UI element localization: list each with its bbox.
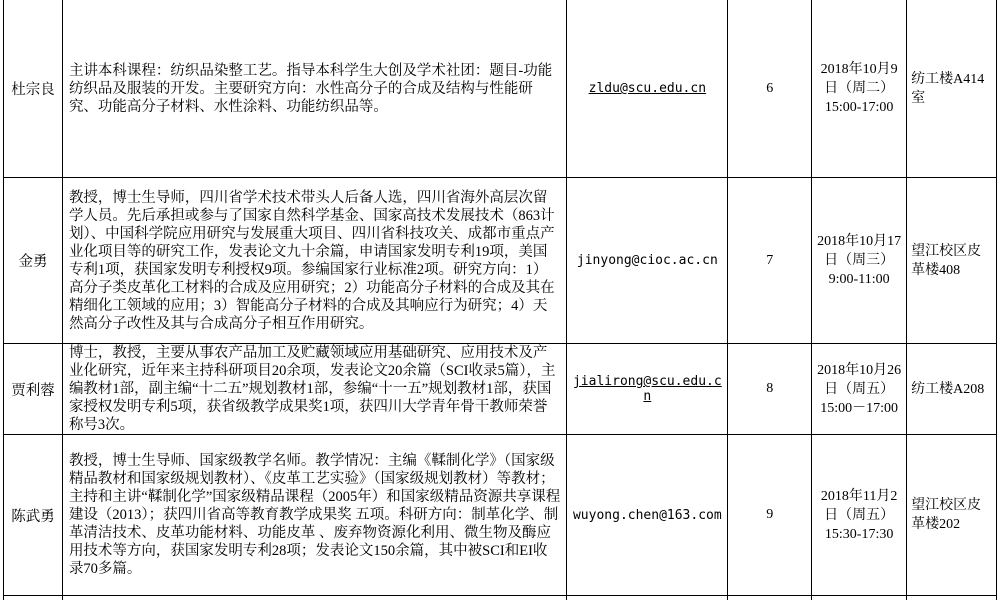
cell-location [907,596,997,600]
table-row-partial [4,596,997,600]
cell-name: 金勇 [4,178,63,343]
cell-location: 纺工楼A414室 [907,0,997,177]
faculty-description: 博士，教授，主要从事农产品加工及贮藏领域应用基础研究、应用技术及产业化研究，近年… [69,344,560,434]
table-row: 金勇 教授，博士生导师，四川省学术技术带头人后备人选，四川省海外高层次留学人员。… [4,178,997,344]
faculty-description: 主讲本科课程：纺织品染整工艺。指导本科学生大创及学术社团：题目-功能纺织品及服装… [69,62,560,116]
cell-name [4,596,63,600]
faculty-name: 贾利蓉 [11,379,55,400]
faculty-name: 杜宗良 [11,78,55,99]
faculty-name: 陈武勇 [11,505,55,526]
cell-number: 9 [728,435,812,595]
cell-name: 杜宗良 [4,0,63,177]
cell-email [567,596,728,600]
sequence-number: 7 [766,253,773,269]
cell-number: 6 [728,0,812,177]
location-text: 纺工楼A414室 [911,70,992,108]
cell-schedule: 2018年11月2日（周五）15:30-17:30 [812,435,907,595]
location-text: 望江校区皮革楼202 [911,496,992,534]
document-page: 杜宗良 主讲本科课程：纺织品染整工艺。指导本科学生大创及学术社团：题目-功能纺织… [0,0,1000,600]
table-row: 贾利蓉 博士，教授，主要从事农产品加工及贮藏领域应用基础研究、应用技术及产业化研… [4,344,997,435]
cell-number: 7 [728,178,812,343]
cell-description [63,596,567,600]
cell-description: 教授，博士生导师、国家级教学名师。教学情况：主编《鞣制化学》（国家级精品教材和国… [63,435,567,595]
cell-schedule: 2018年10月26日（周五）15:00－17:00 [812,344,907,434]
table-row: 杜宗良 主讲本科课程：纺织品染整工艺。指导本科学生大创及学术社团：题目-功能纺织… [4,0,997,178]
cell-description: 博士，教授，主要从事农产品加工及贮藏领域应用基础研究、应用技术及产业化研究，近年… [63,344,567,434]
cell-number: 8 [728,344,812,434]
cell-name: 陈武勇 [4,435,63,595]
cell-email: jinyong@cioc.ac.cn [567,178,728,343]
location-text: 纺工楼A208 [911,380,984,399]
schedule-text: 2018年10月9日（周二）15:00-17:00 [815,60,903,117]
sequence-number: 6 [766,81,773,97]
email-link[interactable]: zldu@scu.edu.cn [589,81,706,96]
cell-location: 纺工楼A208 [907,344,997,434]
email-text: jinyong@cioc.ac.cn [577,253,718,268]
location-text: 望江校区皮革楼408 [911,242,992,280]
cell-location: 望江校区皮革楼202 [907,435,997,595]
cell-number [728,596,812,600]
cell-schedule: 2018年10月17日（周三）9:00-11:00 [812,178,907,343]
table-row: 陈武勇 教授，博士生导师、国家级教学名师。教学情况：主编《鞣制化学》（国家级精品… [4,435,997,596]
cell-location: 望江校区皮革楼408 [907,178,997,343]
faculty-table: 杜宗良 主讲本科课程：纺织品染整工艺。指导本科学生大创及学术社团：题目-功能纺织… [3,0,997,600]
cell-name: 贾利蓉 [4,344,63,434]
cell-email: wuyong.chen@163.com [567,435,728,595]
faculty-name: 金勇 [18,250,47,271]
cell-email: jialirong@scu.edu.cn [567,344,728,434]
email-link[interactable]: jialirong@scu.edu.cn [572,374,722,404]
sequence-number: 9 [766,507,773,523]
schedule-text: 2018年10月26日（周五）15:00－17:00 [815,361,903,418]
cell-description: 主讲本科课程：纺织品染整工艺。指导本科学生大创及学术社团：题目-功能纺织品及服装… [63,0,567,177]
faculty-description: 教授，博士生导师，四川省学术技术带头人后备人选，四川省海外高层次留学人员。先后承… [69,189,560,333]
cell-description: 教授，博士生导师，四川省学术技术带头人后备人选，四川省海外高层次留学人员。先后承… [63,178,567,343]
schedule-text: 2018年10月17日（周三）9:00-11:00 [815,232,903,289]
faculty-description: 教授，博士生导师、国家级教学名师。教学情况：主编《鞣制化学》（国家级精品教材和国… [69,452,560,578]
sequence-number: 8 [766,381,773,397]
cell-schedule [812,596,907,600]
cell-schedule: 2018年10月9日（周二）15:00-17:00 [812,0,907,177]
cell-email: zldu@scu.edu.cn [567,0,728,177]
schedule-text: 2018年11月2日（周五）15:30-17:30 [815,487,903,544]
email-text: wuyong.chen@163.com [573,508,722,523]
